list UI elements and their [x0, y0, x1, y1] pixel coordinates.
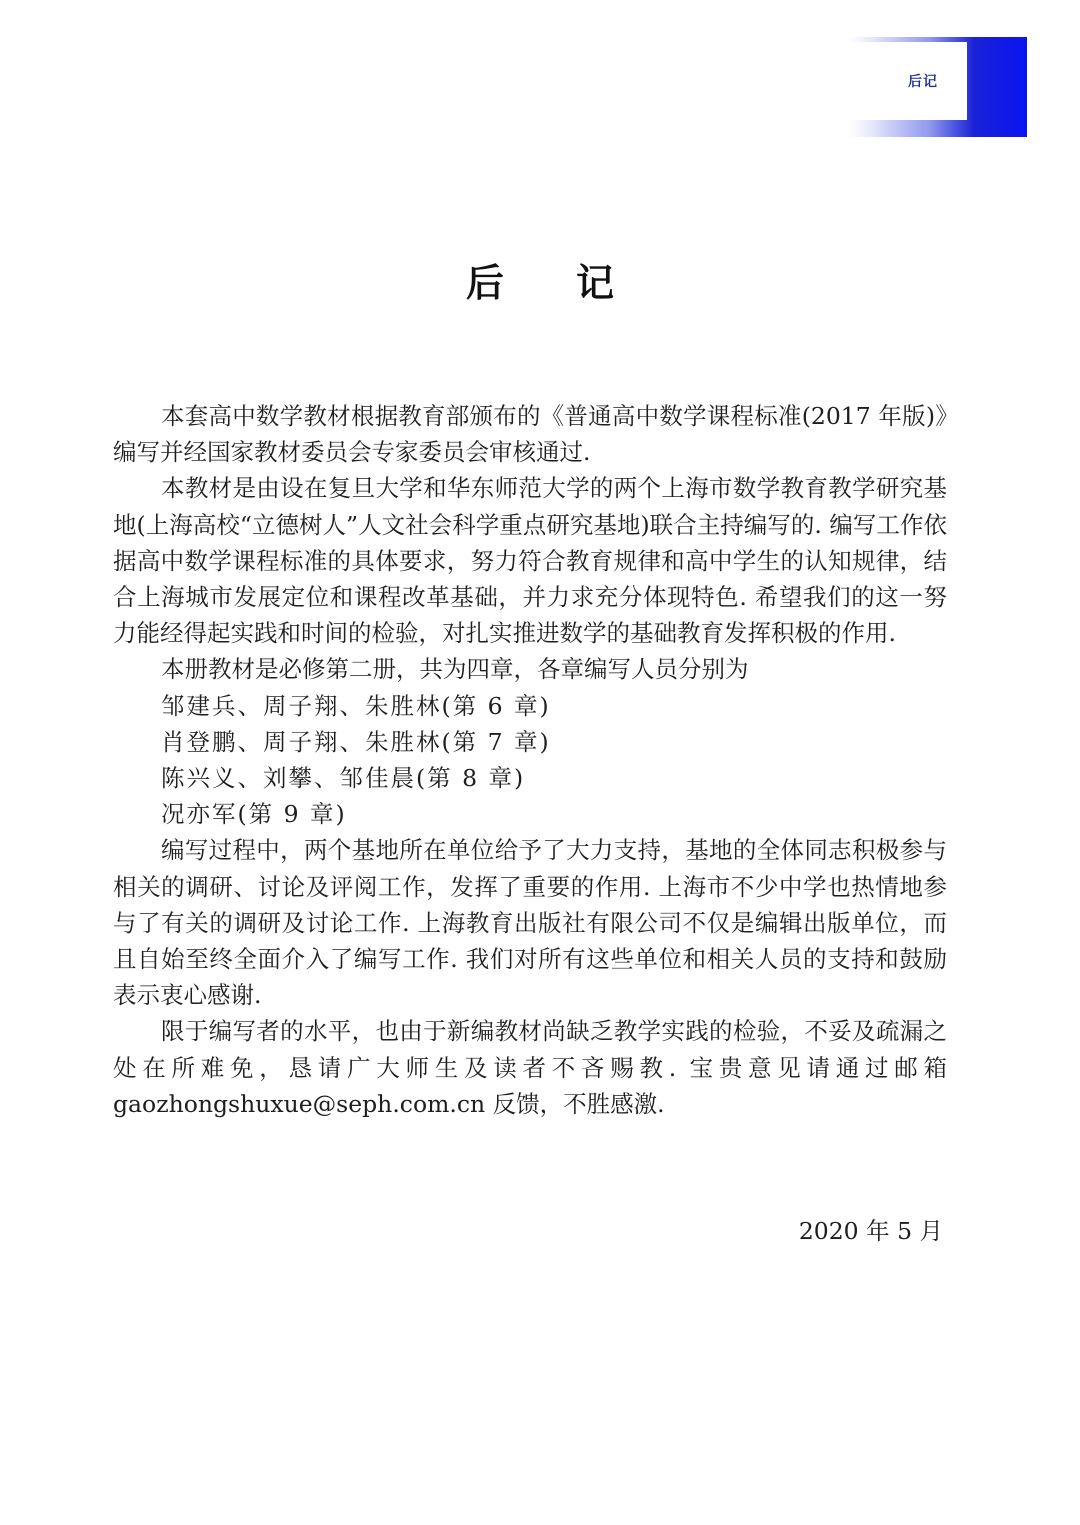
paragraph-volume-intro: 本册教材是必修第二册，共为四章，各章编写人员分别为 — [113, 651, 947, 687]
afterword-body: 本套高中数学教材根据教育部颁布的《普通高中数学课程标准(2017 年版)》编写并… — [113, 398, 947, 1122]
section-header-label: 后记 — [908, 71, 938, 91]
paragraph-editorial-bases: 本教材是由设在复旦大学和华东师范大学的两个上海市数学教育教学研究基地(上海高校“… — [113, 470, 947, 651]
paragraph-standard: 本套高中数学教材根据教育部颁布的《普通高中数学课程标准(2017 年版)》编写并… — [113, 398, 947, 470]
page-title-char-2: 记 — [576, 261, 614, 305]
date-signature: 2020 年 5 月 — [113, 1212, 943, 1246]
author-line-chapter-6: 邹建兵、周子翔、朱胜林(第 6 章) — [113, 688, 947, 724]
section-header-tab: 后记 — [850, 37, 1027, 137]
author-line-chapter-7: 肖登鹏、周子翔、朱胜林(第 7 章) — [113, 724, 947, 760]
page-title: 后记 — [0, 252, 1080, 307]
page-title-char-1: 后 — [466, 261, 504, 305]
paragraph-feedback: 限于编写者的水平，也由于新编教材尚缺乏教学实践的检验，不妥及疏漏之处在所难免，恳… — [113, 1013, 947, 1122]
paragraph-acknowledgements: 编写过程中，两个基地所在单位给予了大力支持，基地的全体同志积极参与相关的调研、讨… — [113, 832, 947, 1013]
author-line-chapter-9: 况亦军(第 9 章) — [113, 796, 947, 832]
author-line-chapter-8: 陈兴义、刘攀、邹佳晨(第 8 章) — [113, 760, 947, 796]
